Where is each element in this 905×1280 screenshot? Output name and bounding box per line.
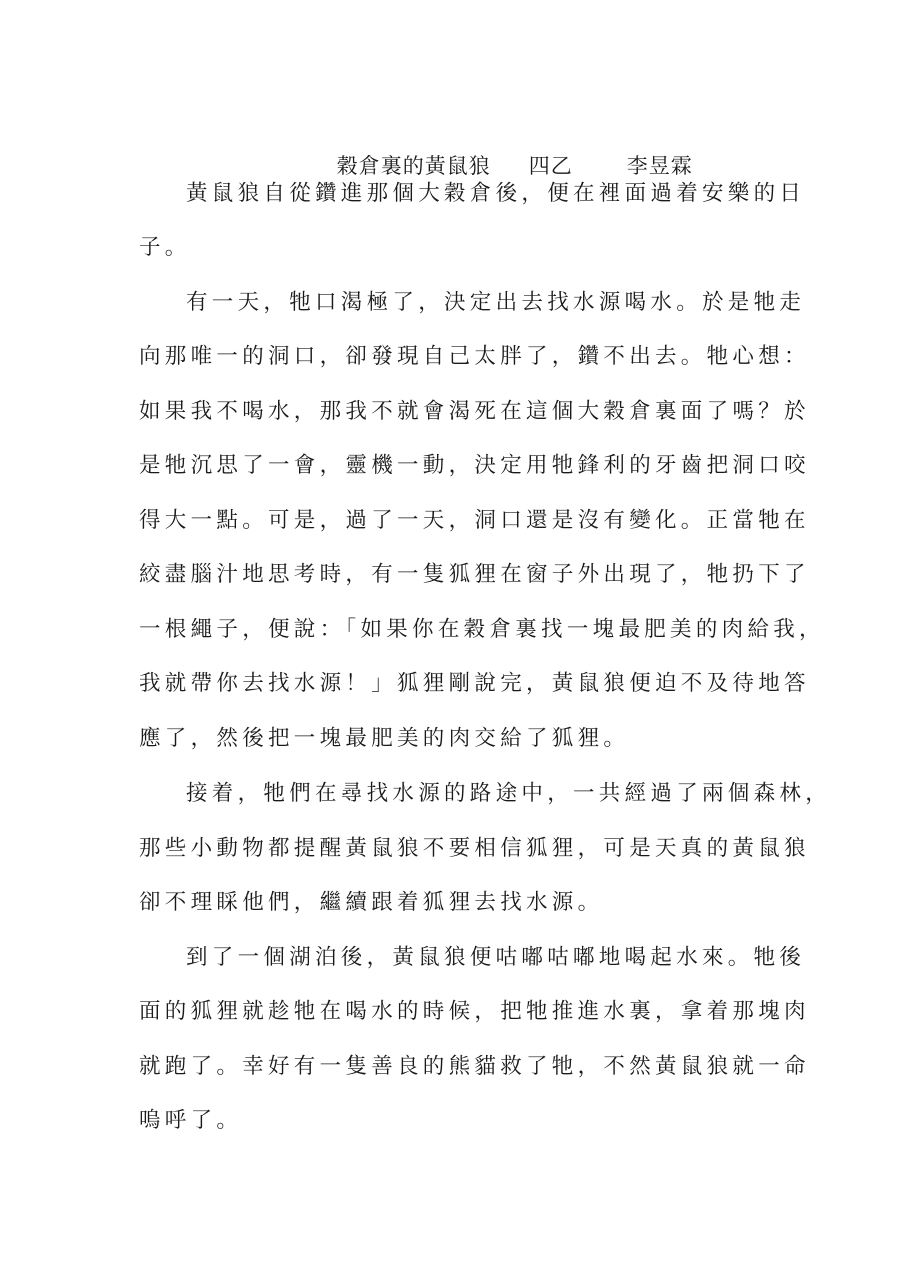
text-line: 黃鼠狼自從鑽進那個大穀倉後，便在裡面過着安樂的日 <box>186 179 826 209</box>
text-line: 我就帶你去找水源！」狐狸剛說完，黃鼠狼便迫不及待地答 <box>139 669 779 699</box>
author-name: 李昱霖 <box>627 152 693 180</box>
text-line: 向那唯一的洞口，卻發現自己太胖了，鑽不出去。牠心想： <box>139 342 779 372</box>
text-line: 到了一個湖泊後，黃鼠狼便咕嘟咕嘟地喝起水來。牠後 <box>186 943 826 973</box>
text-line: 如果我不喝水，那我不就會渴死在這個大穀倉裏面了嗎？於 <box>139 397 779 427</box>
text-line: 接着，牠們在尋找水源的路途中，一共經過了兩個森林， <box>186 779 826 809</box>
text-line: 卻不理睬他們，繼續跟着狐狸去找水源。 <box>139 888 779 918</box>
document-title: 穀倉裏的黃鼠狼四乙李昱霖 <box>306 124 693 152</box>
text-line: 那些小動物都提醒黃鼠狼不要相信狐狸，可是天真的黃鼠狼 <box>139 834 779 864</box>
text-line: 應了，然後把一塊最肥美的肉交給了狐狸。 <box>139 724 779 754</box>
text-line: 就跑了。幸好有一隻善良的熊貓救了牠，不然黃鼠狼就一命 <box>139 1052 779 1082</box>
story-title: 穀倉裏的黃鼠狼 <box>337 152 491 180</box>
text-line: 子。 <box>139 233 779 263</box>
text-line: 有一天，牠口渴極了，決定出去找水源喝水。於是牠走 <box>186 288 826 318</box>
text-line: 嗚呼了。 <box>139 1106 779 1136</box>
class-label: 四乙 <box>529 152 573 180</box>
text-line: 絞盡腦汁地思考時，有一隻狐狸在窗子外出現了，牠扔下了 <box>139 560 779 590</box>
text-line: 一根繩子，便說：「如果你在穀倉裏找一塊最肥美的肉給我， <box>139 615 779 645</box>
text-line: 得大一點。可是，過了一天，洞口還是沒有變化。正當牠在 <box>139 506 779 536</box>
text-line: 是牠沉思了一會，靈機一動，決定用牠鋒利的牙齒把洞口咬 <box>139 451 779 481</box>
text-line: 面的狐狸就趁牠在喝水的時候，把牠推進水裏，拿着那塊肉 <box>139 997 779 1027</box>
document-page: 穀倉裏的黃鼠狼四乙李昱霖 黃鼠狼自從鑽進那個大穀倉後，便在裡面過着安樂的日 子。… <box>0 0 905 1280</box>
